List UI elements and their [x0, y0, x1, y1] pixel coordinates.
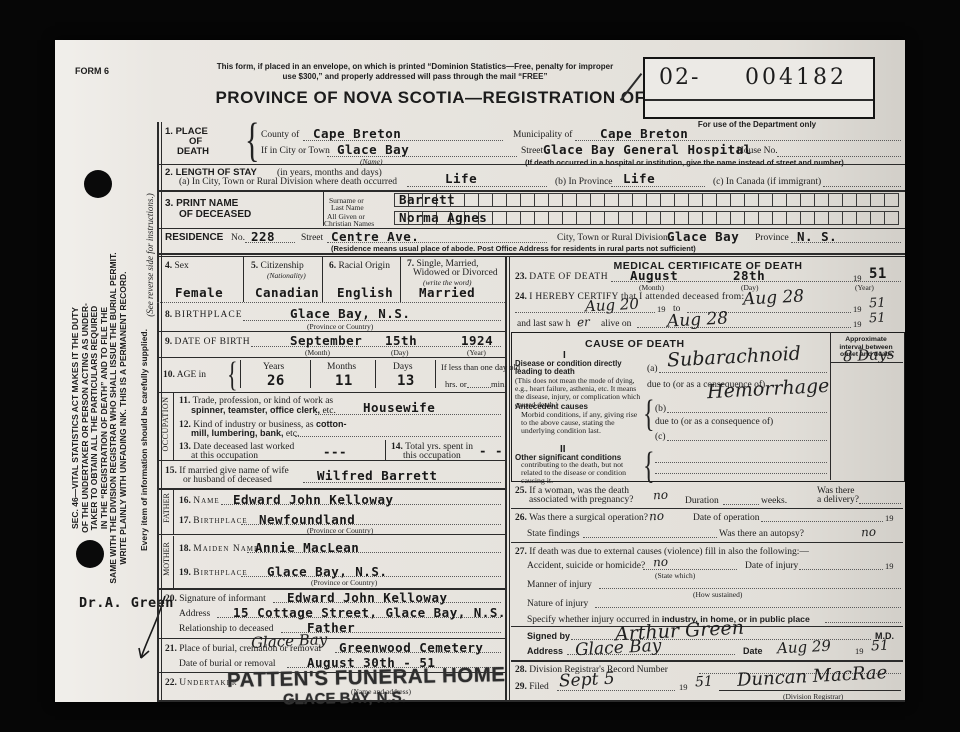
rule [157, 357, 505, 358]
s9-no: 9. [165, 337, 172, 347]
injury-date-line [799, 569, 883, 570]
residence-province-value: N. S. [797, 229, 837, 244]
age-min-label: min. [491, 379, 506, 389]
rule [157, 392, 505, 393]
s26-label-text: Was there a surgical operation? [529, 513, 648, 523]
birth-year-value: 1924 [461, 333, 493, 348]
rule [400, 256, 401, 302]
filed-date-handwriting: Sept 5 [559, 669, 616, 692]
rule [157, 331, 505, 332]
city-town-label: If in City or Town [261, 146, 330, 156]
birthplace-value: Glace Bay, N.S. [290, 306, 410, 321]
s29-label-text: Filed [529, 682, 549, 692]
rule [375, 360, 376, 388]
specify-line [825, 622, 901, 623]
age-years-value: 26 [267, 373, 285, 389]
rule [310, 360, 311, 388]
residence-street-value: Centre Ave. [331, 229, 419, 244]
rule [511, 508, 903, 509]
cause-b-due-label: due to (or as a consequence of) [655, 417, 773, 427]
residence-label: RESIDENCE [165, 232, 223, 243]
s10-label-text: AGE in [177, 370, 206, 380]
municipality-value: Cape Breton [600, 126, 688, 141]
registration-number-stamp: 02- 004182 [643, 57, 875, 119]
s2a-line [407, 186, 547, 187]
street-label: Street [521, 146, 543, 156]
s29-line1 [557, 690, 675, 691]
operation-date-line [761, 521, 883, 522]
s12-no: 12. [179, 420, 191, 430]
surname-sublabel: Last Name [331, 203, 364, 212]
rule [240, 360, 241, 388]
cause-c-line [667, 440, 827, 441]
residence-city-value: Glace Bay [667, 229, 739, 244]
every-item-note: Every item of information should be care… [139, 240, 149, 640]
interval-divider [830, 332, 831, 480]
s29-label: 29. Filed [515, 682, 549, 692]
statute-notice: SEC. 46—VITAL STATISTICS ACT MAKES IT TH… [71, 204, 128, 632]
rule [385, 440, 386, 460]
s23-label: 23. DATE OF DEATH [515, 272, 608, 282]
s24-y3: 19 [853, 319, 862, 329]
antecedent-note: Morbid conditions, if any, giving rise t… [521, 411, 645, 436]
s24-alive-label: alive on [601, 319, 631, 329]
s14-no: 14. [391, 442, 403, 452]
occupation-vertical-label: OCCUPATION [161, 394, 170, 454]
s18-no: 18. [179, 544, 191, 554]
s15-no: 15. [165, 466, 177, 476]
s26-label: 26. Was there a surgical operation? [515, 513, 648, 523]
signed-date-label: Date [743, 646, 763, 656]
other-conditions-note: contributing to the death, but not relat… [521, 461, 645, 486]
rule [435, 360, 436, 388]
s3-title: 3. PRINT NAME [165, 198, 238, 209]
age-hrs-line [467, 387, 491, 388]
s24-no: 24. [515, 292, 527, 302]
s23-year-pre: 19 [853, 273, 862, 283]
s27-no: 27. [515, 547, 527, 557]
county-value: Cape Breton [313, 126, 401, 141]
s23-label-text: DATE OF DEATH [529, 272, 608, 282]
duration-line [723, 504, 759, 505]
s9-label: 9. DATE OF BIRTH [165, 337, 250, 347]
s24-alive-handwriting: Aug 28 [667, 308, 729, 331]
s8-no: 8. [165, 310, 172, 320]
county-label: County of [261, 130, 299, 140]
age-hrs-label: hrs. or [445, 379, 467, 389]
father-name-value: Edward John Kelloway [233, 492, 394, 507]
death-month-value: August [630, 268, 678, 283]
s1-no: 1. [165, 126, 173, 137]
s17-label: 17. Birthplace [179, 516, 248, 526]
age-days-label: Days [393, 362, 413, 372]
s24-y3-handwriting: 51 [869, 311, 886, 327]
form-number: FORM 6 [75, 66, 109, 76]
rule [173, 536, 174, 588]
s8-label-text: BIRTHPLACE [175, 310, 243, 320]
residence-no-value: 228 [251, 229, 275, 244]
rule [243, 256, 244, 302]
s2b-line [611, 186, 705, 187]
scan-background: { "colors":{"paper":"#e8e5e0","ink":"#1c… [0, 0, 960, 732]
citizenship-value: Canadian [255, 285, 319, 300]
rule [173, 392, 174, 460]
s20-label-text: Signature of informant [179, 594, 266, 604]
punch-hole [84, 170, 112, 198]
s19-sub: (Province or Country) [311, 578, 377, 587]
s2b-label: (b) In Province [555, 177, 613, 187]
rule [157, 638, 505, 639]
physician-address-handwriting: Glace Bay [575, 636, 662, 660]
s16-label: 16. Name [179, 496, 220, 506]
s10-brace: { [227, 354, 238, 396]
house-no-label: House No. [737, 146, 778, 156]
racial-origin-value: English [337, 285, 393, 300]
cause-b-label: (b) [655, 404, 666, 414]
s2a-label: (a) In City, Town or Rural Division wher… [179, 177, 397, 187]
attended-to-handwriting: Aug 28 [743, 286, 805, 309]
s29-year-pre: 19 [679, 682, 688, 692]
s22-no: 22. [165, 678, 177, 688]
bottom-rule [157, 700, 905, 702]
death-registration-document: FORM 6 This form, if placed in an envelo… [55, 40, 905, 702]
rule-dashed [157, 302, 505, 303]
accident-line [643, 569, 737, 570]
s19-label: 19. Birthplace [179, 568, 248, 578]
residence-note: (Residence means usual place of abode. P… [331, 244, 696, 253]
s3-title1: PRINT NAME [176, 198, 238, 209]
age-days-value: 13 [397, 373, 415, 389]
rule [157, 256, 905, 257]
delivery-label-2: a delivery? [817, 495, 859, 505]
residence-street-label: Street [301, 233, 323, 243]
how-sustained-sub: (How sustained) [693, 590, 742, 599]
s24-y2-handwriting: 51 [869, 296, 886, 312]
s21-no: 21. [165, 644, 177, 654]
pen-arrow [121, 592, 181, 672]
s16-label-text: Name [193, 496, 219, 506]
s2c-label: (c) In Canada (if immigrant) [713, 177, 821, 187]
s23-no: 23. [515, 272, 527, 282]
s8-sub: (Province or Country) [307, 322, 373, 331]
state-which-sub: (State which) [655, 571, 695, 580]
s5-label-text: Citizenship [261, 261, 304, 271]
s27-label-text: If death was due to external causes (vio… [529, 547, 809, 557]
s24-line1 [515, 312, 655, 313]
s11-l2-bold: spinner, teamster, office clerk, [191, 405, 320, 415]
s12-l2: mill, lumbering, bank, etc. [191, 428, 299, 439]
form-border [157, 122, 159, 700]
disease-label: Disease or condition directly leading to… [515, 360, 645, 377]
rule [157, 190, 905, 192]
s12-l2-bold: mill, lumbering, bank, [191, 428, 284, 438]
s4-label: 4. Sex [165, 261, 189, 271]
age-months-value: 11 [335, 373, 353, 389]
signed-by-label: Signed by [527, 631, 570, 641]
s13-no: 13. [179, 442, 191, 452]
municipality-label: Municipality of [513, 130, 572, 140]
mother-maiden-name-value: Annie MacLean [255, 540, 359, 555]
rule [157, 460, 505, 461]
rule [157, 534, 505, 535]
nature-line [595, 607, 901, 608]
s2b-value: Life [623, 171, 655, 186]
rule [511, 660, 903, 662]
s12-l1-bold: cotton- [316, 419, 347, 429]
s17-label-text: Birthplace [193, 516, 247, 526]
cause-b-line [667, 412, 827, 413]
residence-city-label: City, Town or Rural Division [557, 233, 668, 243]
age-years-label: Years [263, 362, 284, 372]
rule [157, 253, 905, 255]
s10-no: 10. [163, 370, 175, 380]
death-day-value: 28th [733, 268, 765, 283]
total-years-value: - - [479, 443, 503, 458]
age-months-label: Months [327, 362, 356, 372]
house-no-line [777, 156, 901, 157]
s12-l2-etc: etc. [286, 429, 299, 439]
statute-line: WRITE PLAINLY WITH UNFADING INK. THIS IS… [119, 204, 129, 632]
mother-birthplace-value: Glace Bay, N.S. [267, 564, 387, 579]
column-divider [505, 256, 507, 700]
sex-value: Female [175, 285, 223, 300]
rule [322, 256, 323, 302]
s4-no: 4. [165, 261, 172, 271]
s23-year-sub: (Year) [855, 283, 874, 292]
s26-year-pre: 19 [885, 513, 894, 523]
stamp-divider [645, 99, 873, 101]
s4-label-text: Sex [175, 261, 189, 271]
mother-vertical-label: MOTHER [162, 538, 171, 580]
mail-note-line2: use $300,” and properly addressed will p… [175, 72, 655, 81]
death-year-value: 51 [869, 266, 887, 282]
findings-label: State findings [527, 529, 580, 539]
s5-no: 5. [251, 261, 258, 271]
s10-label: 10. AGE in [163, 370, 206, 380]
s9-year-sub: (Year) [467, 348, 486, 357]
signed-year-handwriting: 51 [871, 638, 890, 655]
s28-no: 28. [515, 665, 527, 675]
stamp-number: 004182 [745, 65, 847, 90]
s6-no: 6. [329, 261, 336, 271]
medical-certificate-title: MEDICAL CERTIFICATE OF DEATH [511, 260, 905, 272]
s2c-line [823, 186, 901, 187]
cause-a-label: (a) [647, 364, 658, 374]
surname-value: Barrett [399, 192, 455, 207]
rule [173, 490, 174, 534]
weeks-label: weeks. [761, 496, 787, 506]
s3-title2: OF DECEASED [179, 209, 251, 220]
informant-address-value: 15 Cottage Street, Glace Bay, N.S. [233, 605, 506, 620]
s24-last-label: and last saw h [517, 319, 571, 329]
rule [157, 488, 505, 490]
s8-label: 8. BIRTHPLACE [165, 310, 243, 320]
funeral-home-city-stamp: GLACE BAY, N.S. [283, 689, 406, 709]
surname-letter-boxes [395, 193, 899, 207]
last-worked-value: --- [323, 444, 347, 459]
given-names-value: Norma Agnes [399, 210, 487, 225]
s16-no: 16. [179, 496, 191, 506]
father-vertical-label: FATHER [162, 490, 171, 526]
s3-no: 3. [165, 198, 173, 209]
pregnancy-handwriting: no [653, 488, 669, 503]
stamp-prefix: 02- [659, 65, 700, 90]
s27-year-pre: 19 [885, 561, 894, 571]
signed-year-pre: 19 [855, 646, 864, 656]
spouse-value: Wilfred Barrett [317, 468, 437, 483]
given-sublabel: Christian Names [324, 219, 374, 228]
operation-date-label: Date of operation [693, 513, 759, 523]
s19-label-text: Birthplace [193, 568, 247, 578]
autopsy-label: Was there an autopsy? [719, 529, 804, 539]
other-line1 [655, 462, 827, 463]
injury-date-label: Date of injury [745, 561, 798, 571]
s9-label-text: DATE OF BIRTH [175, 337, 251, 347]
residence-no-label: No. [231, 233, 245, 243]
s29-year-handwriting: 51 [695, 674, 714, 691]
s2a-value: Life [445, 171, 477, 186]
city-value: Glace Bay [337, 142, 409, 157]
marital-status-value: Married [419, 285, 475, 300]
s26-no: 26. [515, 513, 527, 523]
s6-label: 6. Racial Origin [329, 261, 390, 271]
delivery-line [859, 503, 901, 504]
residence-province-label: Province [755, 233, 789, 243]
age-less-label: If less than one day old [441, 362, 520, 372]
burial-place-value: Greenwood Cemetery [339, 640, 483, 655]
father-birthplace-value: Newfoundland [259, 512, 355, 527]
informant-signature-value: Edward John Kelloway [287, 590, 448, 605]
manner-line [599, 588, 901, 589]
occupation-value: Housewife [363, 400, 435, 415]
s5-label: 5. Citizenship [251, 261, 304, 271]
antecedent-brace: { [643, 394, 655, 437]
s6-label-text: Racial Origin [339, 261, 390, 271]
signed-date-handwriting: Aug 29 [777, 637, 832, 658]
rule [511, 542, 903, 543]
s1-brace: { [245, 114, 259, 168]
s25-no: 25. [515, 486, 527, 496]
birth-month-value: September [290, 333, 362, 348]
s11-no: 11. [179, 396, 190, 406]
s25-l2: associated with pregnancy? [529, 495, 633, 505]
s1-title3: DEATH [177, 146, 209, 157]
s15-l2: or husband of deceased [183, 475, 272, 485]
signed-address-label: Address [527, 646, 563, 656]
column-divider [509, 256, 510, 700]
cause-a-line [659, 372, 827, 373]
other-line2 [655, 473, 827, 474]
cause-c-label: (c) [655, 432, 666, 442]
nature-label: Nature of injury [527, 599, 588, 609]
other-brace: { [643, 446, 655, 489]
interval-handwriting: 8 Days [843, 345, 895, 366]
mail-note-line1: This form, if placed in an envelope, on … [175, 62, 655, 71]
cause-title: CAUSE OF DEATH [585, 338, 685, 350]
s24-y1: 19 [657, 304, 666, 314]
street-value: Glace Bay General Hospital [543, 142, 752, 157]
birth-day-value: 15th [385, 333, 417, 348]
division-registrar-signature: Duncan MacRae [737, 662, 888, 691]
hospital-note: (If death occurred in a hospital or inst… [525, 158, 844, 167]
s7-l2: Widowed or Divorced [413, 268, 498, 278]
rule [719, 690, 901, 691]
s24-her-handwriting: er [577, 315, 591, 330]
s9-month-sub: (Month) [305, 348, 330, 357]
s23-month-sub: (Month) [639, 283, 664, 292]
s19-no: 19. [179, 568, 191, 578]
autopsy-handwriting: no [861, 525, 877, 540]
s20-label: 20. Signature of informant [165, 594, 266, 604]
s12-line [295, 436, 501, 437]
s24-y2: 19 [853, 304, 862, 314]
s20-no: 20. [165, 594, 177, 604]
manner-label: Manner of injury [527, 580, 592, 590]
operation-handwriting: no [649, 509, 665, 524]
findings-line [583, 537, 717, 538]
accident-label: Accident, suicide or homicide? [527, 561, 645, 571]
informant-address-label: Address [179, 609, 210, 619]
s29-no: 29. [515, 682, 527, 692]
s2-no: 2. [165, 167, 173, 178]
duration-label: Duration [685, 496, 719, 506]
rule [157, 164, 905, 165]
s5-sub: (Nationality) [267, 271, 306, 280]
s9-day-sub: (Day) [391, 348, 409, 357]
accident-handwriting: no [653, 555, 669, 570]
s17-no: 17. [179, 516, 191, 526]
